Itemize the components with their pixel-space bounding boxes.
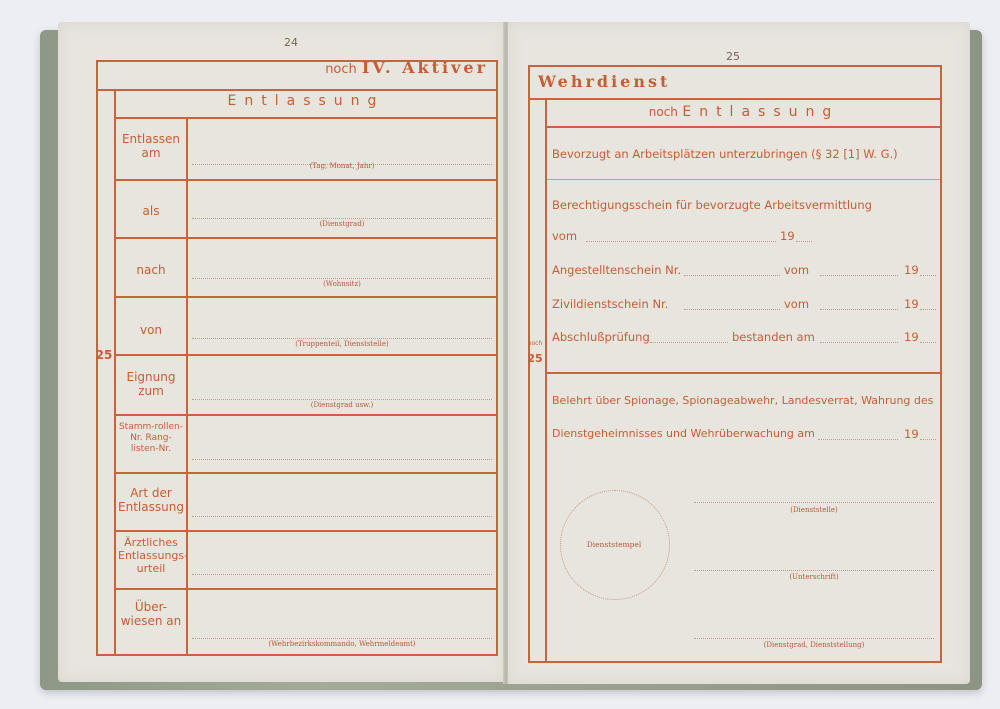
section-title: Entlassung: [116, 93, 496, 110]
date-label: vom: [784, 263, 809, 277]
year-prefix: 19: [904, 263, 919, 277]
row-label: von: [118, 323, 184, 337]
section-title: noch Entlassung: [548, 104, 940, 121]
row-caption: (Wohnsitz): [192, 280, 492, 288]
right-page: 25 Wehrdienst noch Entlassung noch 25 Be…: [508, 22, 970, 684]
header-title: IV. Aktiver: [362, 58, 488, 77]
rank-caption: (Dienstgrad, Dienststellung): [694, 641, 934, 649]
date-label: vom: [784, 297, 809, 311]
row-label: Stamm-rollen-Nr. Rang-listen-Nr.: [118, 422, 184, 454]
header-prefix: noch: [325, 62, 357, 77]
espionage-line-2: Dienstgeheimnisses und Wehrüberwachung a…: [552, 427, 815, 440]
section-title-text: Entlassung: [682, 104, 839, 120]
year-prefix: 19: [904, 330, 919, 344]
row-label: Art der Entlassung: [118, 486, 184, 515]
year-prefix: 19: [904, 427, 919, 441]
side-label-prefix: noch: [526, 340, 544, 347]
year-prefix: 19: [904, 297, 919, 311]
civil-cert-label: Zivildienstschein Nr.: [552, 297, 668, 311]
row-label: Eignung zum: [118, 370, 184, 399]
header-title: Wehrdienst: [538, 72, 670, 91]
employee-cert-label: Angestelltenschein Nr.: [552, 263, 681, 277]
page-number: 24: [284, 36, 298, 49]
row-caption: (Wehrbezirkskommando, Wehrmeldeamt): [192, 640, 492, 648]
left-page: 24 noch IV. Aktiver Entlassung 25 Entlas…: [58, 22, 506, 682]
row-caption: (Truppenteil, Dienststelle): [192, 340, 492, 348]
espionage-line-1: Belehrt über Spionage, Spionageabwehr, L…: [552, 394, 933, 407]
exam-label: Abschlußprüfung: [552, 330, 650, 344]
row-label: Ärztliches Entlassungs-urteil: [118, 536, 184, 576]
row-caption: (Dienstgrad): [192, 220, 492, 228]
preferred-placement-text: Bevorzugt an Arbeitsplätzen unterzubring…: [552, 147, 898, 161]
row-caption: (Tag, Monat, Jahr): [192, 162, 492, 170]
signature-caption: (Unterschrift): [694, 573, 934, 581]
page-header: Wehrdienst: [538, 72, 670, 91]
row-label: nach: [118, 263, 184, 277]
vom-label: vom: [552, 229, 577, 243]
section-prefix: noch: [649, 105, 678, 119]
year-prefix: 19: [780, 229, 795, 243]
row-label: Über-wiesen an: [118, 600, 184, 629]
side-number: 25: [94, 348, 114, 362]
stamp-label: Dienststempel: [560, 540, 668, 549]
row-label: als: [118, 204, 184, 218]
page-number: 25: [726, 50, 740, 63]
passed-label: bestanden am: [732, 330, 815, 344]
row-label: Entlassen am: [118, 132, 184, 161]
row-caption: (Dienstgrad usw.): [192, 401, 492, 409]
side-number: 25: [526, 352, 544, 365]
page-header: noch IV. Aktiver: [248, 58, 488, 78]
office-caption: (Dienststelle): [694, 506, 934, 514]
certificate-heading: Berechtigungsschein für bevorzugte Arbei…: [552, 198, 872, 212]
